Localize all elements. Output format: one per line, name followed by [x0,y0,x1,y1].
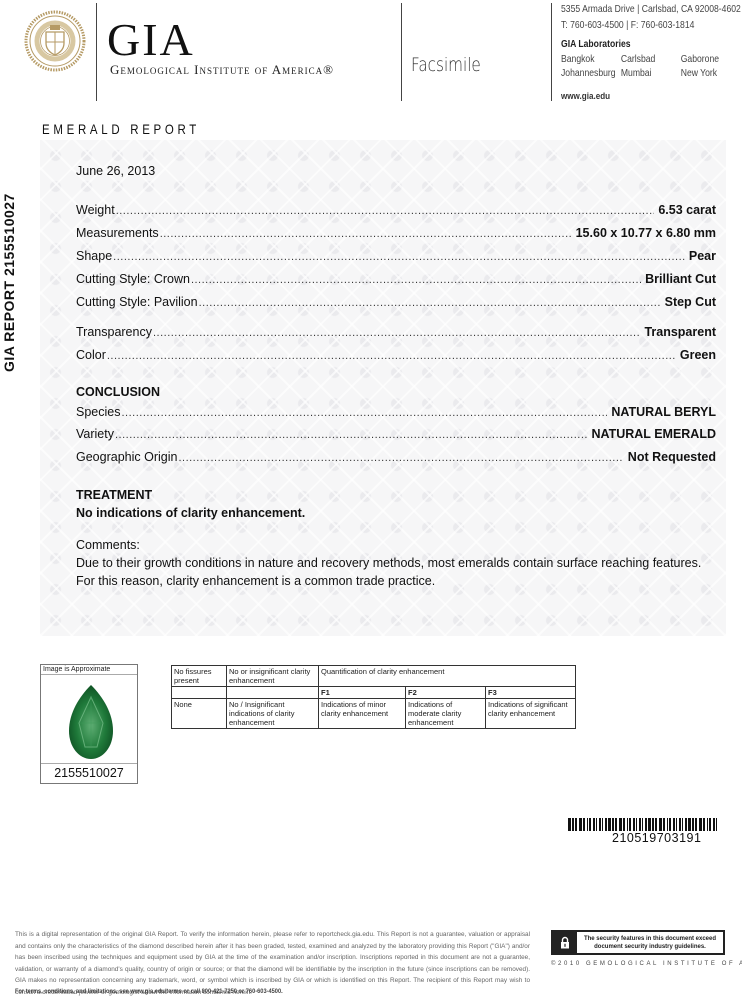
f-level-header: F1 [319,687,406,699]
conclusion-row: Species NATURAL BERYL [76,405,716,419]
conclusion-value: NATURAL EMERALD [591,427,716,441]
clarity-enhancement-table: No fissures present No or insignificant … [171,665,576,729]
treatment-text: No indications of clarity enhancement. [76,506,305,520]
property-value: 6.53 carat [658,203,716,217]
labs-title: GIA Laboratories [561,38,631,50]
conclusion-row: Geographic Origin Not Requested [76,450,716,464]
property-value: Transparent [644,325,716,339]
property-value: 15.60 x 10.77 x 6.80 mm [576,226,716,240]
property-value: Brilliant Cut [645,272,716,286]
document-type: Facsimile [411,54,481,76]
property-label: Weight [76,203,115,217]
gia-logo: GIA [107,17,195,63]
terms-link[interactable]: For terms, conditions, and limitations, … [15,988,283,995]
f-level-header: F2 [406,687,486,699]
conclusion-value: Not Requested [628,450,716,464]
treatment-heading: TREATMENT [76,488,152,502]
leader-dots [115,429,587,441]
property-label: Cutting Style: Pavilion [76,295,198,309]
property-row: Transparency Transparent [76,325,716,339]
table-cell: Indications of significant clarity enhan… [486,699,576,729]
header-divider [551,3,552,101]
comments-line: Due to their growth conditions in nature… [76,554,726,572]
table-header: Quantification of clarity enhancement [319,666,576,687]
comments-line: For this reason, clarity enhancement is … [76,572,726,590]
header-divider [401,3,402,101]
conclusion-label: Species [76,405,120,419]
lab-location: New York [681,67,741,79]
comments-text: Due to their growth conditions in nature… [76,554,726,590]
lab-location: Carlsbad [621,53,681,65]
property-row: Measurements 15.60 x 10.77 x 6.80 mm [76,226,716,240]
property-value: Step Cut [665,295,716,309]
lock-icon [553,932,577,953]
phone-fax-line: T: 760-603-4500 | F: 760-603-1814 [561,19,694,31]
table-cell [227,687,319,699]
image-report-number: 2155510027 [41,763,137,783]
security-notice: The security features in this document e… [551,930,725,955]
comments-heading: Comments: [76,538,140,552]
property-row: Shape Pear [76,249,716,263]
institute-name: Gemological Institute of America® [110,62,334,78]
property-label: Color [76,348,106,362]
conclusion-row: Variety NATURAL EMERALD [76,427,716,441]
lab-location: Bangkok [561,53,621,65]
conclusion-label: Geographic Origin [76,450,177,464]
table-cell: No / Insignificant indications of clarit… [227,699,319,729]
property-row: Weight 6.53 carat [76,203,716,217]
leader-dots [121,407,607,419]
conclusion-heading: CONCLUSION [76,385,160,399]
property-row: Cutting Style: Pavilion Step Cut [76,295,716,309]
gem-image-box: Image is Approximate 2155510027 [40,664,138,784]
barcode-image [568,818,717,831]
property-row: Color Green [76,348,716,362]
report-date: June 26, 2013 [76,164,155,178]
property-row: Cutting Style: Crown Brilliant Cut [76,272,716,286]
emerald-pear-image [67,683,115,761]
property-label: Measurements [76,226,159,240]
leader-dots [113,251,685,263]
property-label: Transparency [76,325,152,339]
lab-location: Mumbai [621,67,681,79]
table-cell: Indications of moderate clarity enhancem… [406,699,486,729]
table-cell [172,687,227,699]
lab-location: Gaborone [681,53,741,65]
security-text: The security features in this document e… [577,932,723,953]
lab-location: Johannesburg [561,67,621,79]
conclusion-value: NATURAL BERYL [611,405,716,419]
table-cell: Indications of minor clarity enhancement [319,699,406,729]
image-caption: Image is Approximate [41,665,137,675]
property-value: Pear [689,249,716,263]
address-line: 5355 Armada Drive | Carlsbad, CA 92008-4… [561,3,741,15]
property-label: Shape [76,249,112,263]
gia-seal-icon [24,10,86,72]
leader-dots [153,327,640,339]
header-divider [96,3,97,101]
table-header: No fissures present [172,666,227,687]
f-level-header: F3 [486,687,576,699]
leader-dots [116,205,655,217]
leader-dots [160,228,572,240]
property-value: Green [680,348,716,362]
leader-dots [191,274,641,286]
property-label: Cutting Style: Crown [76,272,190,286]
report-title: EMERALD REPORT [42,121,200,137]
leader-dots [178,452,623,464]
conclusion-label: Variety [76,427,114,441]
leader-dots [107,350,676,362]
side-report-number: GIA REPORT 2155510027 [1,193,17,372]
copyright: ©2010 GEMOLOGICAL INSTITUTE OF AMERICA, … [551,961,742,967]
barcode-number: 210519703191 [612,831,701,845]
table-header: No or insignificant clarity enhancement [227,666,319,687]
labs-list: Bangkok Carlsbad Gaborone Johannesburg M… [561,53,733,79]
website-link[interactable]: www.gia.edu [561,91,610,102]
table-cell: None [172,699,227,729]
leader-dots [199,297,661,309]
